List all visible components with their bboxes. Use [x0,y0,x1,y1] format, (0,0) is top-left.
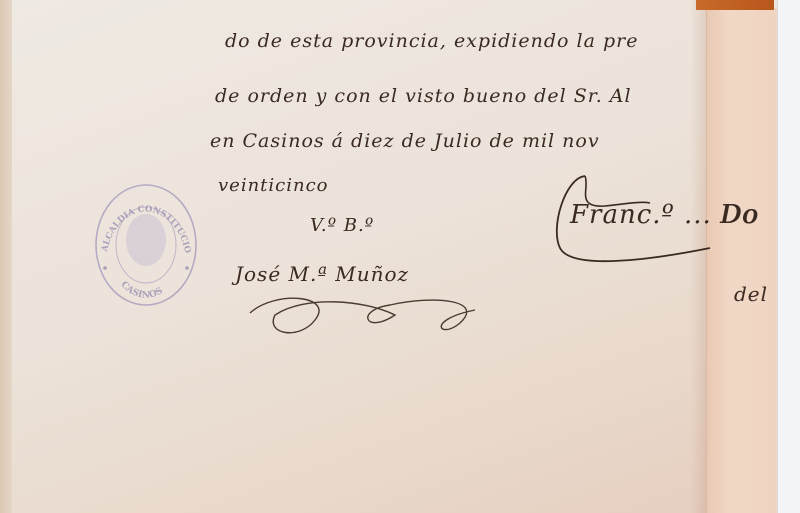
adjacent-page-text-2: del [734,282,768,306]
binding-strip [696,0,774,10]
handwritten-line-2: de orden y con el visto bueno del Sr. Al [215,85,632,107]
signature-left: José M.ª Muñoz [235,262,409,286]
municipal-stamp: ALCALDIA CONSTITUCIONAL DE CASINOS [93,182,199,308]
visto-bueno-mark: V.º B.º [310,215,374,236]
handwritten-line-3: en Casinos á diez de Julio de mil nov [210,130,600,152]
signature-flourish-left [245,285,505,345]
handwritten-line-1: do de esta provincia, expidiendo la pre [225,30,638,52]
handwritten-line-4: veinticinco [218,175,329,196]
viewer-margin [777,0,800,513]
document-photo: do de esta provincia, expidiendo la pre … [0,0,778,513]
adjacent-page-text-1: Do [720,200,759,230]
